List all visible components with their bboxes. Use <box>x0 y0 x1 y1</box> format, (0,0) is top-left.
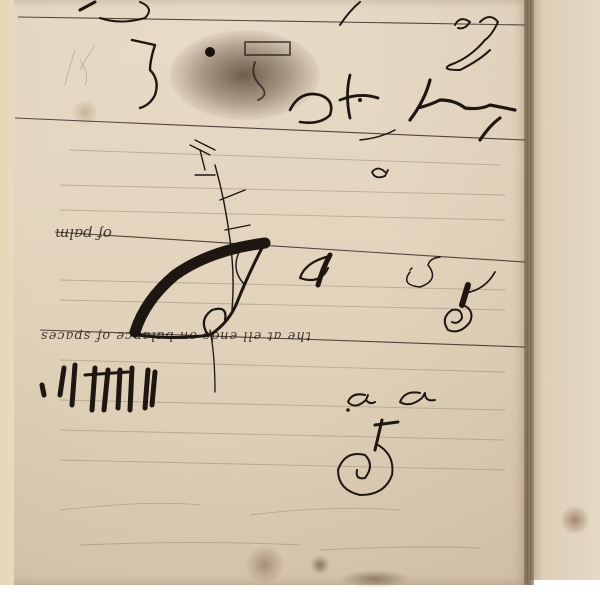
ink-strokes <box>0 0 600 600</box>
mirrored-text-upper: of palm <box>55 225 112 243</box>
mirrored-text-lower: the at ell ends on balance of spaces <box>40 328 311 343</box>
ruled-line <box>18 17 525 25</box>
ruled-line <box>55 232 525 262</box>
manuscript-photo: of palm the at ell ends on balance of sp… <box>0 0 600 600</box>
ruled-line <box>15 118 525 140</box>
